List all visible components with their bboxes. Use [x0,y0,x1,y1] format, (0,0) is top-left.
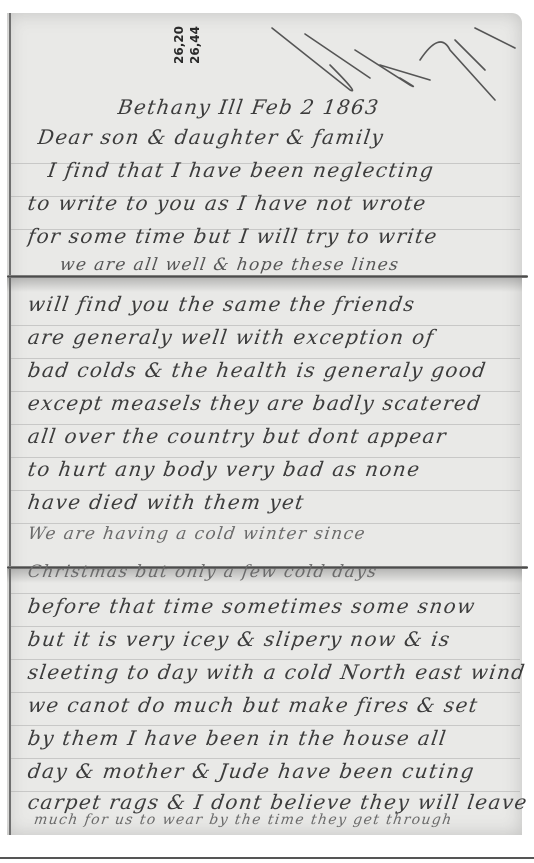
catalog-number: 26,44 [188,26,202,64]
letter-line: we are all well & hope these lines [59,255,528,275]
letter-line: we canot do much but make fires & set [26,693,527,717]
letter-line: will find you the same the friends [26,292,527,316]
letter-line: all over the country but dont appear [26,424,527,448]
letter-line: have died with them yet [26,490,527,514]
letter-line: to hurt any body very bad as none [26,457,527,481]
letter-line: for some time but I will try to write [26,224,527,248]
letter-line: much for us to wear by the time they get… [33,812,527,828]
letter-line: sleeting to day with a cold North east w… [26,660,527,684]
letter-line: by them I have been in the house all [26,726,527,750]
letter-heading: Bethany Ill Feb 2 1863 [116,95,527,119]
letter-line: day & mother & Jude have been cuting [26,759,527,783]
letter-line: We are having a cold winter since [27,524,528,544]
letter-line: bad colds & the health is generaly good [26,358,527,382]
fold-shadow [7,278,522,292]
catalog-number: 26,20 [172,26,186,64]
letter-line: but it is very icey & slipery now & is [26,627,527,651]
letter-line: to write to you as I have not wrote [26,191,527,215]
letter-line: I find that I have been neglecting [46,158,527,182]
letter-line: before that time sometimes some snow [26,594,527,618]
letter-line: except measels they are badly scatered [26,391,527,415]
catalog-numbers: 26,20 26,44 [170,26,204,64]
letter-line: Christmas but only a few cold days [27,562,528,582]
bottom-border-line [0,857,534,859]
letter-line: carpet rags & I dont believe they will l… [26,790,527,814]
letter-line: are generaly well with exception of [26,325,527,349]
letter-salutation: Dear son & daughter & family [36,125,527,149]
